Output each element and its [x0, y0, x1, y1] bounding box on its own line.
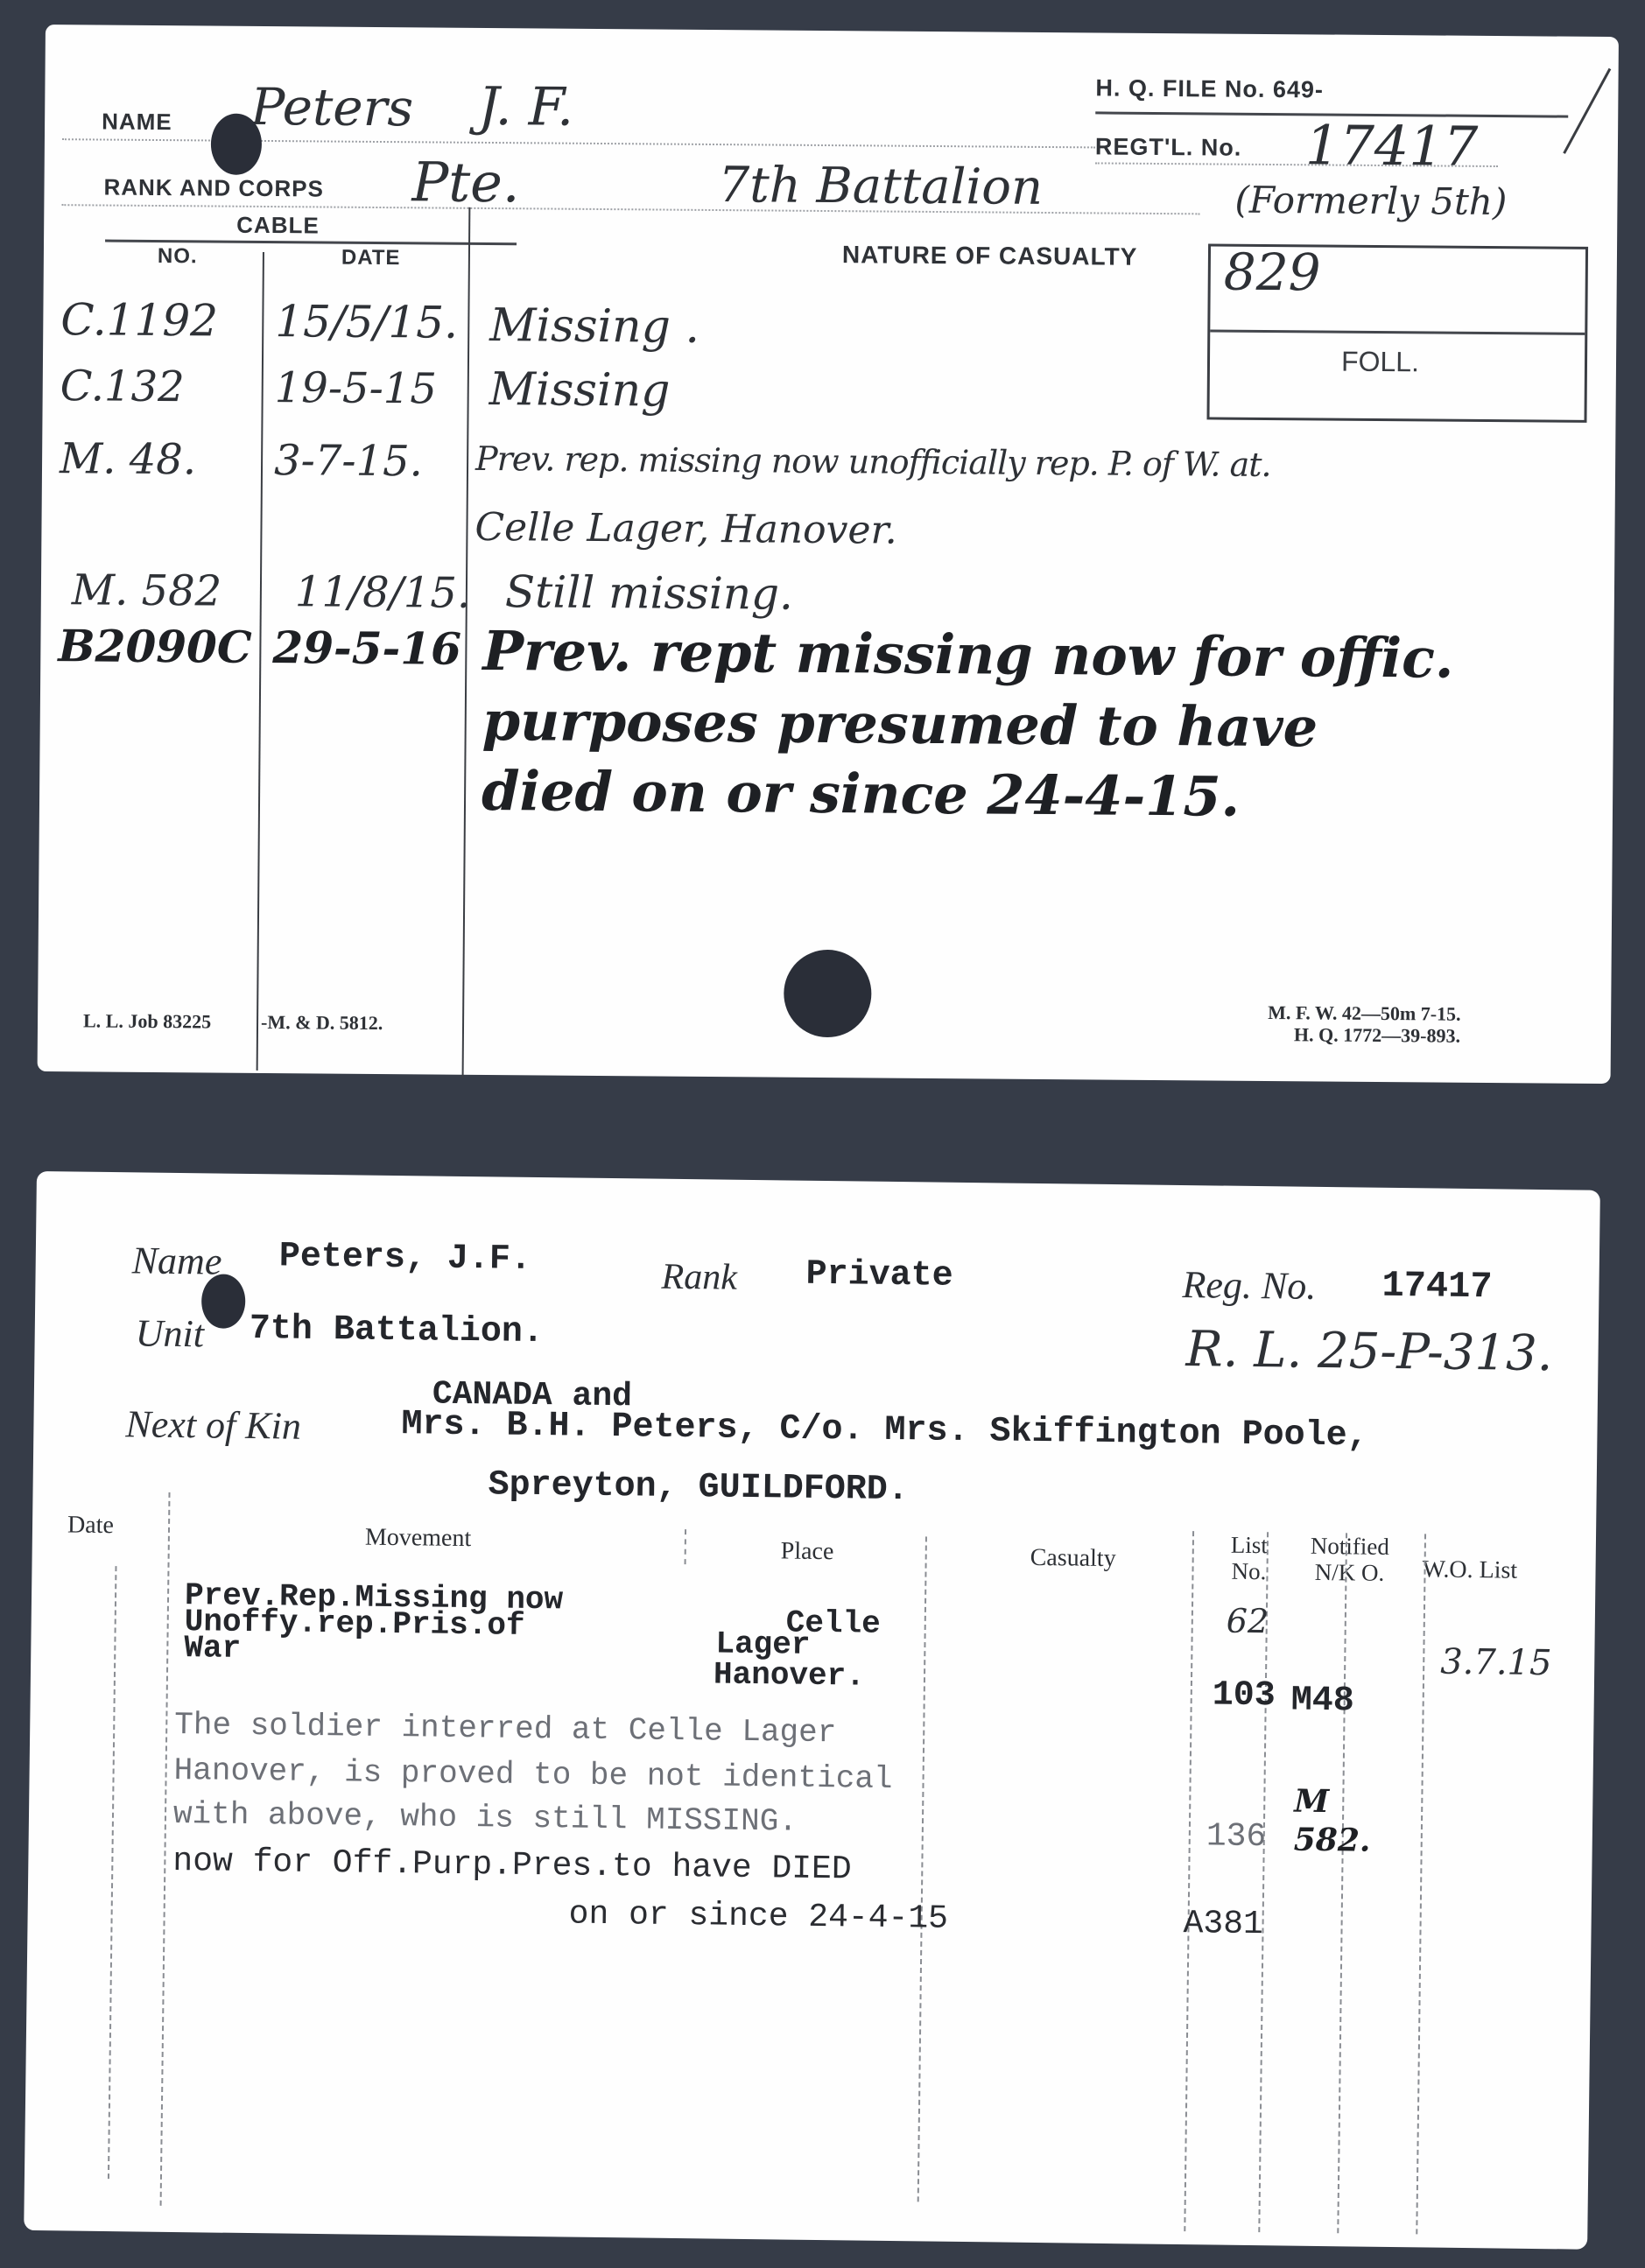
unit-value: 7th Battalion. [250, 1310, 545, 1352]
next-of-kin-line2: Spreyton, GUILDFORD. [488, 1465, 909, 1510]
footer-hq-code: H. Q. 1772—39-893. [1294, 1023, 1460, 1047]
date-casualty-column-line [462, 207, 471, 1078]
entry-casualty: Missing [489, 363, 671, 418]
entry-date: 15/5/15. [275, 296, 458, 348]
punch-hole-large [784, 950, 872, 1038]
column-line [160, 1492, 171, 2206]
movement-line: Hanover, is proved to be not identical [173, 1752, 892, 1797]
cable-label: CABLE [236, 212, 320, 240]
list-no: 103 [1213, 1675, 1276, 1716]
col-date-label: DATE [341, 246, 401, 271]
check-tick-mark [1563, 68, 1611, 154]
movement-line: with above, who is still MISSING. [173, 1796, 798, 1840]
entry-casualty: Still missing. [505, 566, 793, 620]
entry-no: C.1192 [60, 294, 218, 346]
entry-no: M. 582 [72, 565, 222, 615]
table-row: Prev.Rep.Missing now Unoffy.rep.Pris.of … [37, 1171, 1600, 1190]
movement-line: War [184, 1635, 241, 1662]
header-wo-list: W.O. List [1422, 1555, 1517, 1584]
name-label: Name [131, 1238, 221, 1283]
stamp-label: FOLL. [1341, 346, 1419, 379]
place-line: Hanover. [714, 1656, 865, 1694]
entry-casualty: Prev. rep. missing now unofficially rep.… [475, 439, 1271, 484]
notified-value: M 582. [1294, 1782, 1347, 1860]
entry-no: C.132 [60, 362, 185, 411]
movement-table: Date Movement Place Casualty List No. No… [37, 1171, 1600, 1190]
column-line [685, 1529, 686, 1564]
entry-casualty-cont: died on or since 24-4-15. [482, 759, 1241, 829]
col-no-label: NO. [158, 244, 198, 269]
punch-hole-small [201, 1274, 246, 1329]
entry-date: 11/8/15. [295, 567, 471, 618]
cable-entry: C.1192 15/5/15. Missing . [46, 25, 1619, 37]
entry-date: 3-7-15. [274, 436, 423, 486]
reg-no-label: Reg. No. [1182, 1262, 1316, 1309]
list-no-handwritten: 62 [1227, 1602, 1269, 1641]
stamp-divider [1210, 329, 1585, 334]
punch-hole-small [211, 113, 263, 174]
cable-entry: M. 582 11/8/15. Still missing. [46, 25, 1619, 37]
column-line [917, 1536, 927, 2201]
reg-no-value: 17417 [1381, 1265, 1493, 1309]
header-casualty: Casualty [1030, 1544, 1115, 1573]
casualty-card-record-office: Name Peters, J.F. Rank Private Reg. No. … [24, 1171, 1600, 2250]
movement-line: on or since 24-4-15 [568, 1895, 948, 1937]
column-line [108, 1566, 117, 2179]
next-of-kin-label: Next of Kin [125, 1401, 301, 1448]
nature-of-casualty-label: NATURE OF CASUALTY [842, 241, 1138, 271]
list-no: A381 [1183, 1905, 1263, 1943]
cable-entry-list: C.1192 15/5/15. Missing . C.132 19-5-15 … [46, 25, 1619, 37]
header-place: Place [781, 1537, 834, 1566]
entry-casualty: Missing . [489, 299, 699, 354]
header-movement: Movement [365, 1524, 472, 1553]
header-date: Date [67, 1511, 114, 1540]
column-line [1416, 1534, 1426, 2234]
initials-value: J. F. [478, 76, 573, 138]
header-notified: Notified N/K O. [1292, 1533, 1407, 1587]
movement-line: The soldier interred at Celle Lager [174, 1707, 837, 1751]
hq-file-no-label: H. Q. FILE No. 649- [1095, 74, 1324, 103]
casualty-card-hq-file: H. Q. FILE No. 649- NAME Peters J. F. RE… [38, 25, 1619, 1084]
table-row: The soldier interred at Celle Lager Hano… [37, 1171, 1600, 1190]
name-label: NAME [102, 109, 172, 137]
footer-md-number: -M. & D. 5812. [261, 1011, 383, 1035]
entry-casualty-cont: Celle Lager, Hanover. [475, 505, 897, 553]
table-row: now for Off.Purp.Pres.to have DIED on or… [37, 1171, 1600, 1190]
notified-value: M48 [1290, 1682, 1354, 1722]
rank-value: Private [805, 1255, 953, 1296]
foll-stamp-box: 829 FOLL. [1206, 243, 1588, 422]
rank-label: Rank [661, 1256, 737, 1299]
stamp-number: 829 [1224, 242, 1321, 303]
next-of-kin-line1: Mrs. B.H. Peters, C/o. Mrs. Skiffington … [401, 1405, 1368, 1456]
formerly-note: (Formerly 5th) [1234, 179, 1507, 223]
regtl-no-label: REGT'L. No. [1095, 133, 1242, 161]
rank-value: Pte. [411, 150, 520, 214]
rank-and-corps-label: RANK AND CORPS [103, 174, 324, 203]
name-value: Peters, J.F. [279, 1237, 532, 1280]
cable-entry: C.132 19-5-15 Missing [46, 25, 1619, 37]
entry-casualty: Prev. rept missing now for offic. [482, 619, 1454, 691]
column-line [1337, 1533, 1347, 2233]
entry-no: B2090C [58, 620, 252, 673]
unit-value: 7th Battalion [718, 157, 1043, 216]
wo-list-value: 3.7.15 [1440, 1642, 1552, 1684]
reference-note: R. L. 25-P-313. [1185, 1321, 1553, 1382]
column-line [1184, 1531, 1194, 2231]
footer-mfw-code: M. F. W. 42—50m 7-15. [1268, 1001, 1461, 1026]
cable-entry: M. 48. 3-7-15. Prev. rep. missing now un… [46, 25, 1619, 37]
entry-date: 29-5-16 [272, 621, 461, 675]
entry-no: M. 48. [60, 434, 196, 484]
regtl-no-value: 17417 [1305, 113, 1479, 179]
surname-value: Peters [250, 77, 413, 137]
no-date-column-line [257, 252, 264, 1071]
footer-job-number: L. L. Job 83225 [83, 1009, 211, 1033]
list-no: 136 [1206, 1817, 1267, 1856]
movement-line: now for Off.Purp.Pres.to have DIED [172, 1843, 852, 1888]
header-list-no: List No. [1227, 1532, 1271, 1585]
entry-date: 19-5-15 [275, 363, 438, 413]
entry-casualty-cont: purposes presumed to have [482, 689, 1318, 759]
cable-entry: B2090C 29-5-16 Prev. rept missing now fo… [46, 25, 1619, 37]
unit-label: Unit [135, 1310, 204, 1356]
